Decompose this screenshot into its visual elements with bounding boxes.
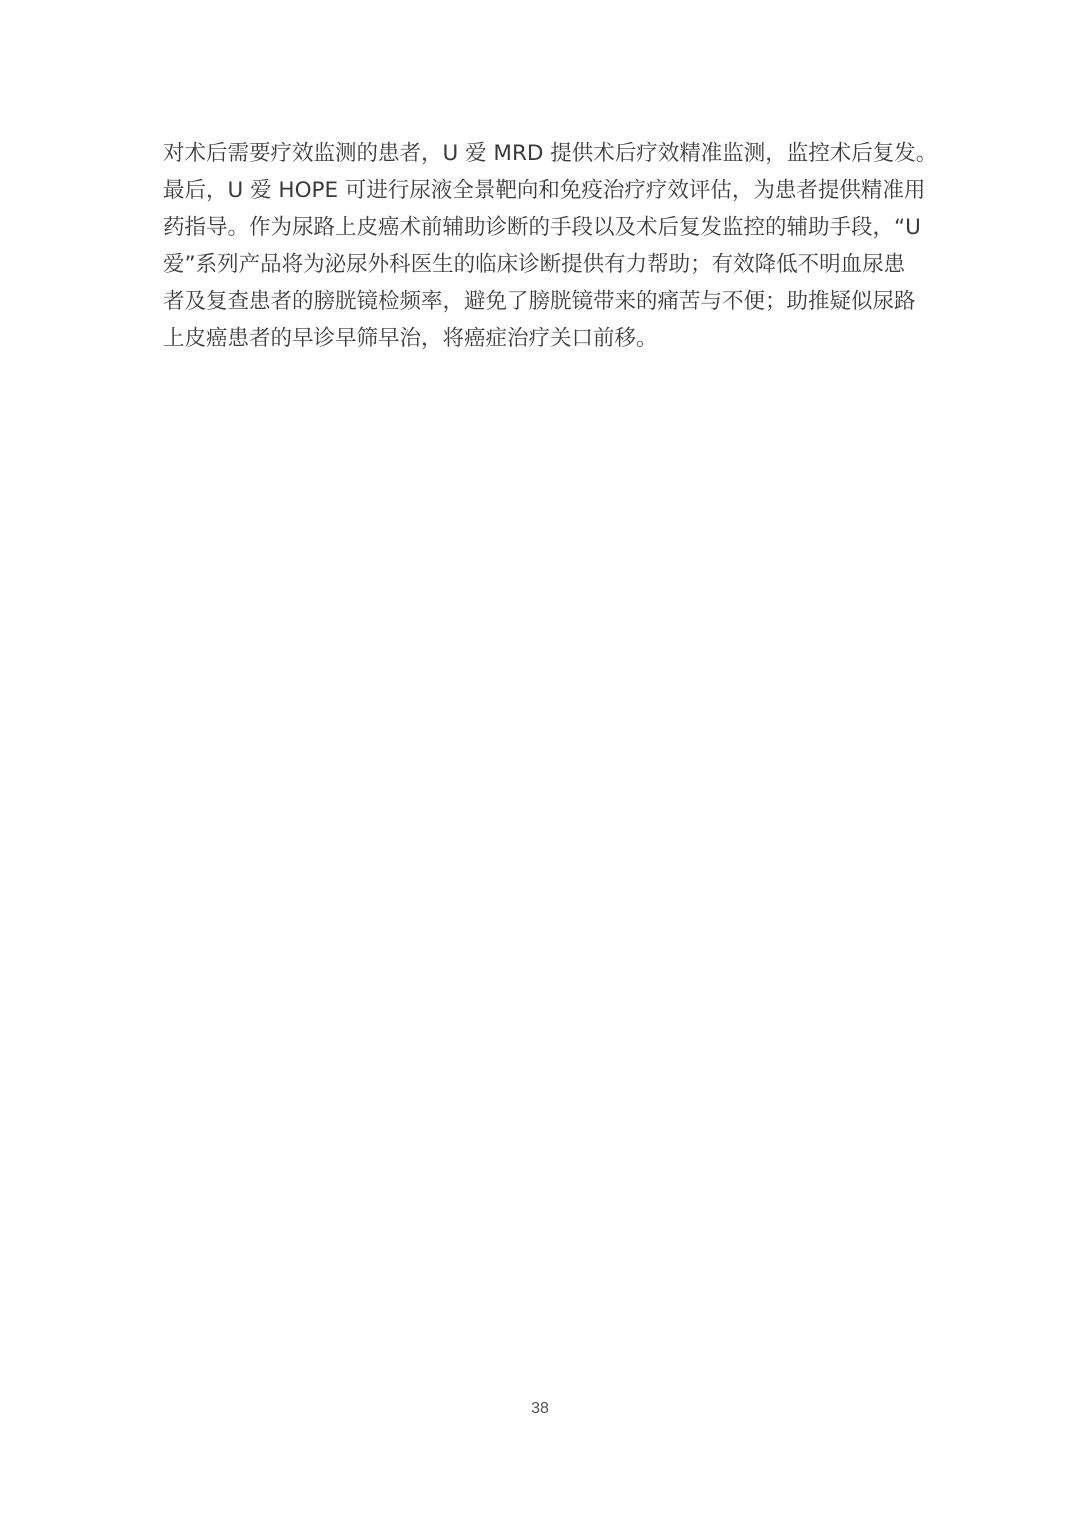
- body-paragraph: 对术后需要疗效监测的患者，U 爱 MRD 提供术后疗效精准监测，监控术后复发。 …: [163, 135, 923, 357]
- paragraph-line: 上皮癌患者的早诊早筛早治，将癌症治疗关口前移。: [163, 320, 923, 357]
- paragraph-line: 药指导。作为尿路上皮癌术前辅助诊断的手段以及术后复发监控的辅助手段，“U: [163, 209, 923, 246]
- page-number: 38: [0, 1400, 1080, 1418]
- paragraph-line: 者及复查患者的膀胱镜检频率，避免了膀胱镜带来的痛苦与不便；助推疑似尿路: [163, 283, 923, 320]
- document-page: 对术后需要疗效监测的患者，U 爱 MRD 提供术后疗效精准监测，监控术后复发。 …: [0, 0, 1080, 1527]
- paragraph-line: 对术后需要疗效监测的患者，U 爱 MRD 提供术后疗效精准监测，监控术后复发。: [163, 135, 923, 172]
- paragraph-line: 最后，U 爱 HOPE 可进行尿液全景靶向和免疫治疗疗效评估，为患者提供精准用: [163, 172, 923, 209]
- paragraph-line: 爱”系列产品将为泌尿外科医生的临床诊断提供有力帮助；有效降低不明血尿患: [163, 246, 923, 283]
